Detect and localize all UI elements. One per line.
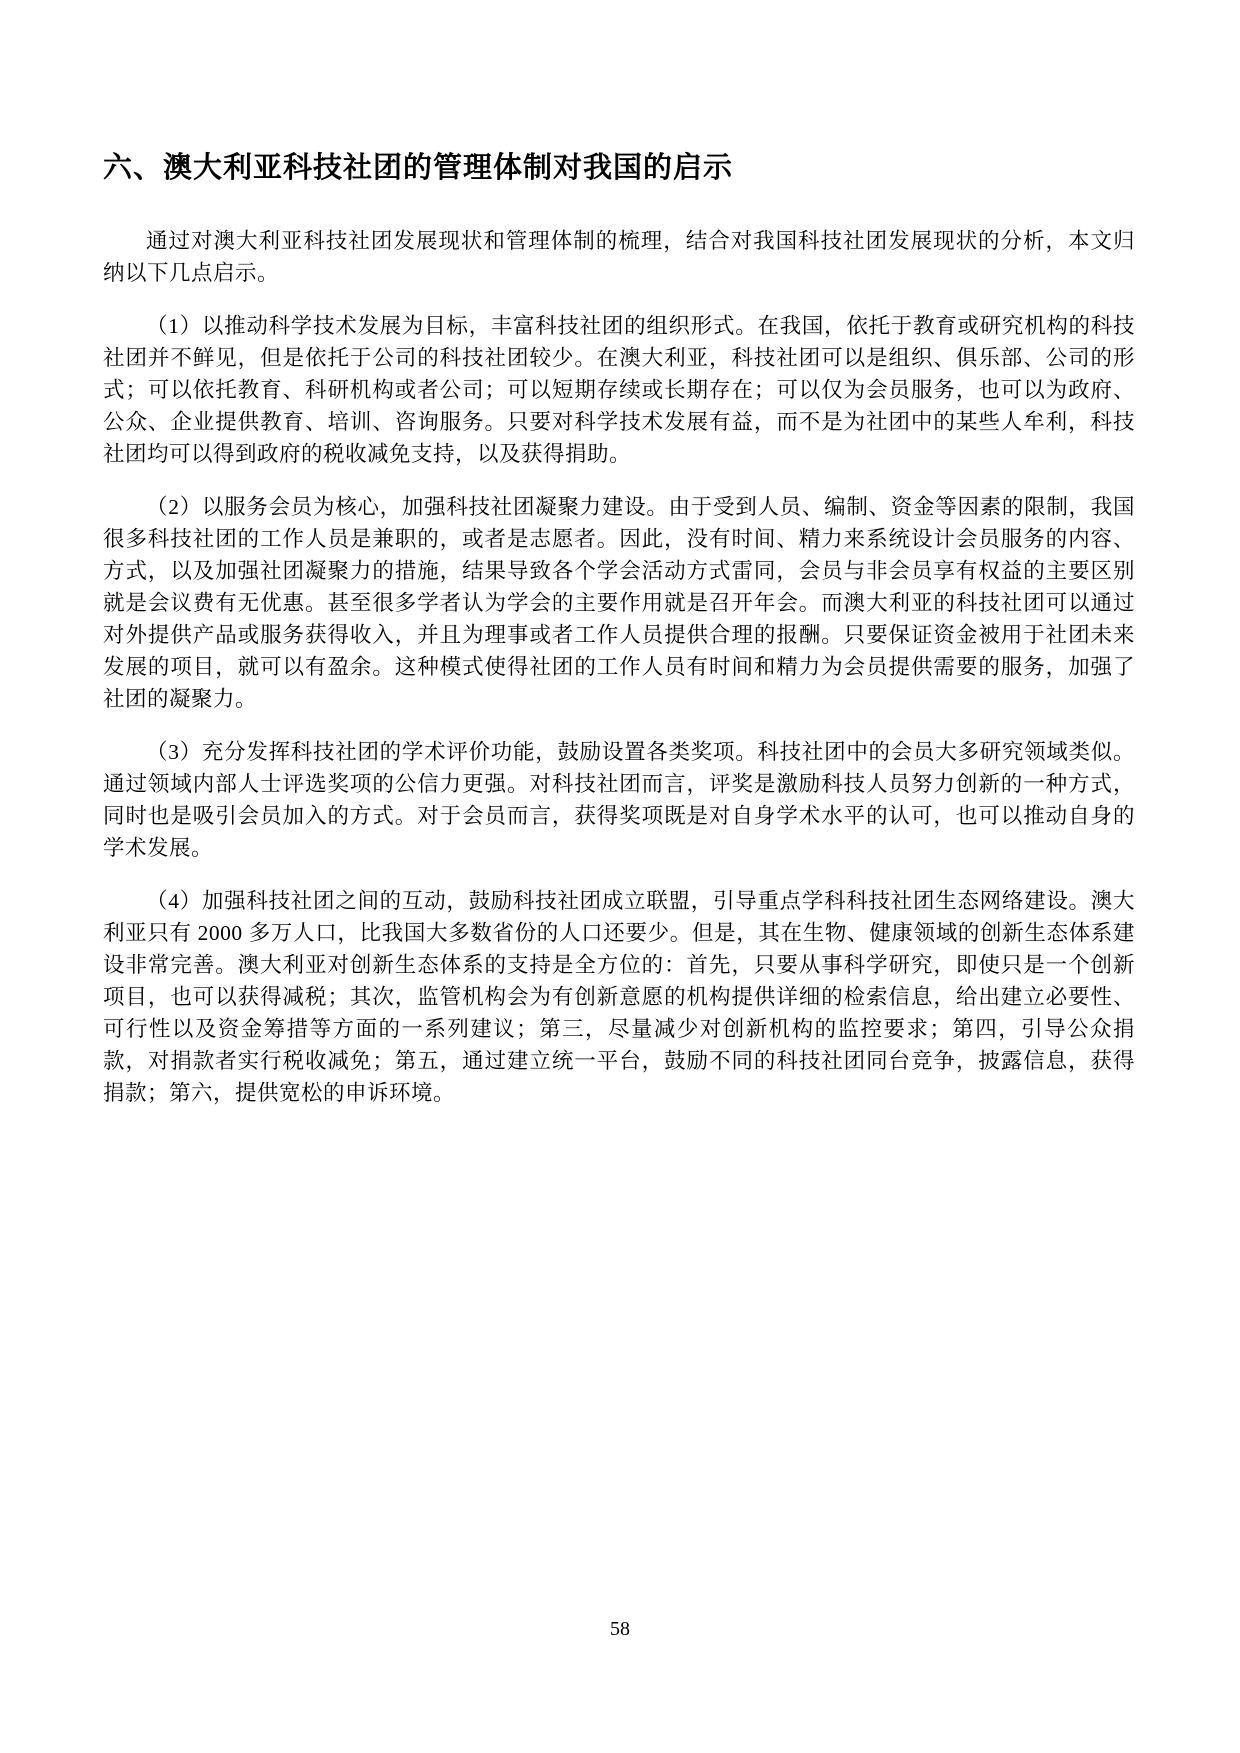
page-content: 六、澳大利亚科技社团的管理体制对我国的启示 通过对澳大利亚科技社团发展现状和管理…: [103, 147, 1135, 1130]
section-heading: 六、澳大利亚科技社团的管理体制对我国的启示: [103, 147, 1135, 189]
paragraph-point-1: （1）以推动科学技术发展为目标，丰富科技社团的组织形式。在我国，依托于教育或研究…: [103, 310, 1135, 470]
document-page: 六、澳大利亚科技社团的管理体制对我国的启示 通过对澳大利亚科技社团发展现状和管理…: [0, 0, 1240, 1753]
paragraph-point-4: （4）加强科技社团之间的互动，鼓励科技社团成立联盟，引导重点学科科技社团生态网络…: [103, 885, 1135, 1109]
paragraph-point-2: （2）以服务会员为核心，加强科技社团凝聚力建设。由于受到人员、编制、资金等因素的…: [103, 491, 1135, 715]
paragraph-point-3: （3）充分发挥科技社团的学术评价功能，鼓励设置各类奖项。科技社团中的会员大多研究…: [103, 736, 1135, 864]
page-number: 58: [0, 1618, 1240, 1641]
paragraph-intro: 通过对澳大利亚科技社团发展现状和管理体制的梳理，结合对我国科技社团发展现状的分析…: [103, 225, 1135, 289]
